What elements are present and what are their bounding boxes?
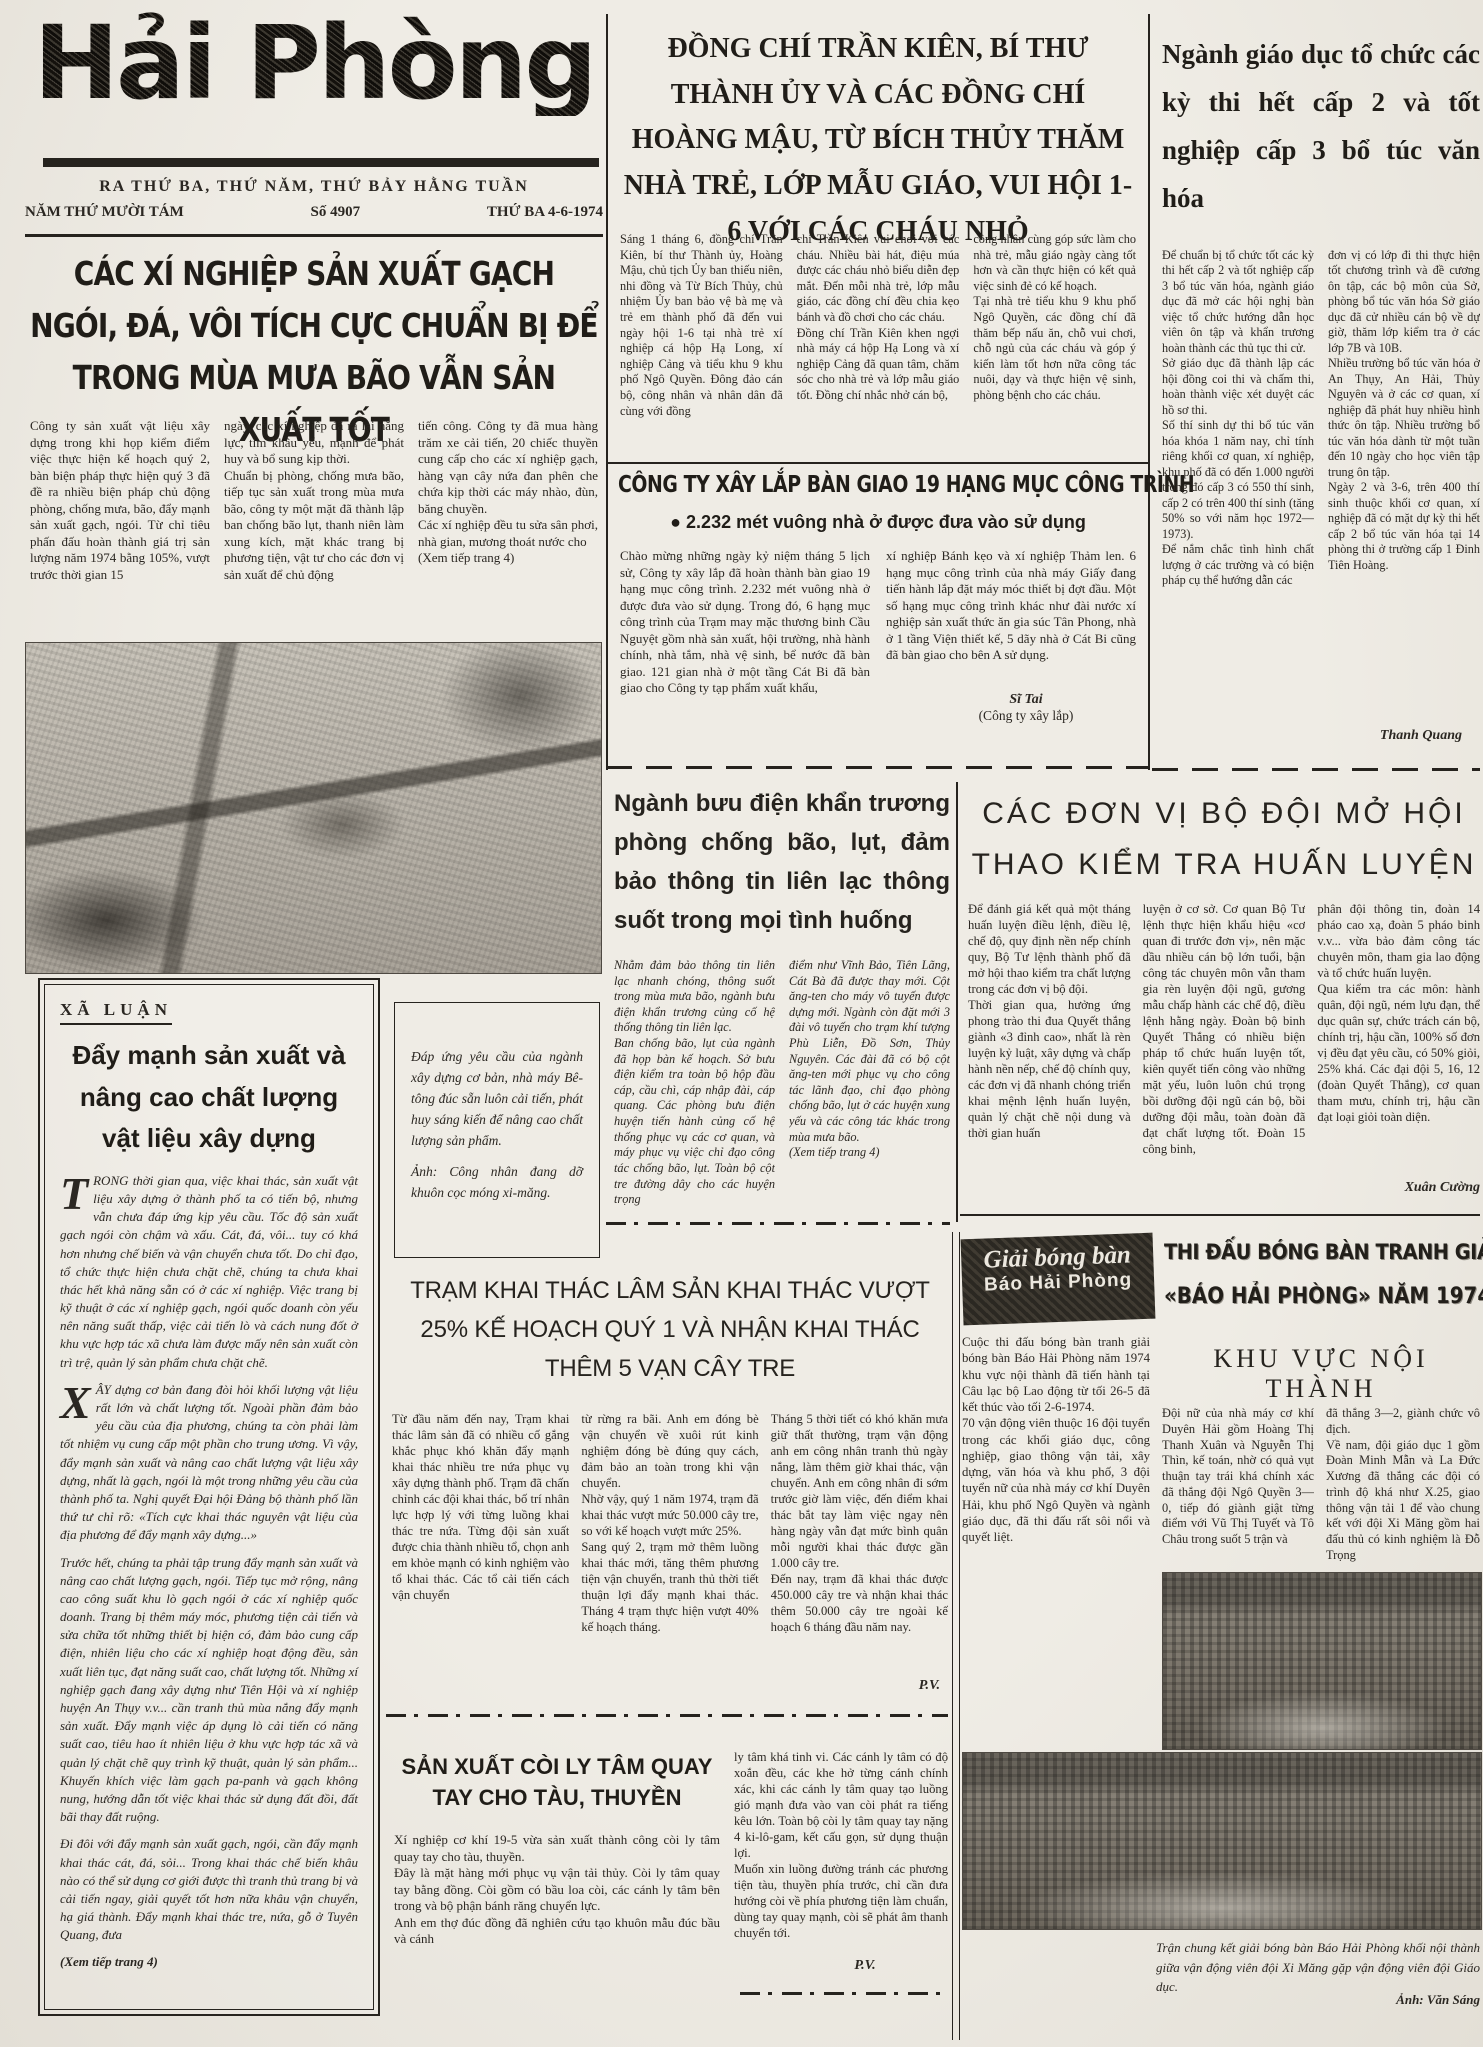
whistle-column-1: Xí nghiệp cơ khí 19-5 vừa sản xuất thành… bbox=[394, 1832, 720, 2042]
construction-byline: Sĩ Tai bbox=[920, 692, 1132, 708]
whistle-column-2: ly tâm khá tinh vi. Các cánh ly tâm có đ… bbox=[734, 1750, 948, 1956]
rule-under-visit bbox=[606, 462, 1150, 464]
photo-caption-credit: Ảnh: Công nhân đang dỡ khuôn cọc móng xi… bbox=[411, 1162, 583, 1204]
rule-under-masthead bbox=[25, 234, 603, 237]
army-headline: CÁC ĐƠN VỊ BỘ ĐỘI MỞ HỘI THAO KIỂM TRA H… bbox=[968, 788, 1480, 890]
editorial-dropcap-1: T bbox=[60, 1172, 93, 1213]
pingpong-photo-caption: Trận chung kết giải bóng bàn Báo Hải Phò… bbox=[1156, 1938, 1480, 1997]
pingpong-headline-3: KHU VỰC NỘI THÀNH bbox=[1162, 1344, 1480, 1404]
masthead-year: NĂM THỨ MƯỜI TÁM bbox=[25, 204, 184, 221]
whistle-byline: P.V. bbox=[790, 1958, 940, 1974]
pingpong-headline-1: THI ĐẤU BÓNG BÀN TRANH GIẢI bbox=[1164, 1240, 1482, 1264]
editorial-paragraph-4: Đi đôi với đẩy mạnh sản xuất gạch, ngói,… bbox=[60, 1835, 358, 1944]
army-column-1: Để đánh giá kết quả một tháng huấn luyện… bbox=[968, 902, 1131, 1178]
post-columns: Nhằm đảm bảo thông tin liên lạc nhanh ch… bbox=[614, 958, 950, 1226]
divider-post-army bbox=[956, 782, 958, 1222]
forestry-column-2: từ rừng ra bãi. Anh em đóng bè vận chuyể… bbox=[581, 1412, 758, 1674]
masthead-schedule: RA THỨ BA, THỨ NĂM, THỨ BẢY HẰNG TUẦN bbox=[25, 178, 603, 196]
masthead-title: Hải Phòng bbox=[25, 12, 603, 116]
rule-under-army bbox=[960, 1214, 1480, 1216]
dash-rule-under-education bbox=[1152, 768, 1480, 771]
photo-caption-box: Đáp ứng yêu cầu của ngành xây dựng cơ bả… bbox=[394, 1002, 600, 1258]
visit-columns: Sáng 1 tháng 6, đồng chí Trần Kiên, bí t… bbox=[620, 232, 1136, 458]
photo-caption-text: Đáp ứng yêu cầu của ngành xây dựng cơ bả… bbox=[411, 1047, 583, 1152]
forestry-byline: P.V. bbox=[780, 1678, 940, 1694]
pingpong-headline-2: «BÁO HẢI PHÒNG» NĂM 1974 bbox=[1164, 1284, 1483, 1309]
divider-center-right bbox=[1148, 14, 1150, 770]
construction-headline: CÔNG TY XÂY LẮP BÀN GIAO 19 HẠNG MỤC CÔN… bbox=[618, 472, 1140, 498]
masthead-rule bbox=[43, 158, 599, 167]
masthead: Hải Phòng RA THỨ BA, THỨ NĂM, THỨ BẢY HẰ… bbox=[25, 12, 603, 230]
masthead-issue-number: Số 4907 bbox=[311, 204, 361, 221]
lead-column-1: Công ty sản xuất vật liệu xây dựng trong… bbox=[30, 418, 210, 632]
construction-byline-org: (Công ty xây lắp) bbox=[920, 708, 1132, 724]
pingpong-photo-top bbox=[1162, 1572, 1482, 1750]
dash-rule-under-construction bbox=[606, 766, 1150, 769]
masthead-date: THỨ BA 4-6-1974 bbox=[487, 204, 603, 221]
construction-subhead: ● 2.232 mét vuông nhà ở được đưa vào sử … bbox=[620, 512, 1136, 533]
forestry-column-3: Tháng 5 thời tiết có khó khăn mưa giữ th… bbox=[771, 1412, 948, 1674]
lead-column-2: ngày, các xí nghiệp đã rà lại năng lực, … bbox=[224, 418, 404, 632]
pingpong-photo-bottom bbox=[962, 1752, 1482, 1930]
visit-column-2: chí Trần Kiên vui chơi với các cháu. Nhi… bbox=[797, 232, 960, 458]
construction-column-1: Chào mừng những ngày kỷ niệm tháng 5 lịc… bbox=[620, 548, 870, 728]
forestry-columns: Từ đầu năm đến nay, Trạm khai thác lâm s… bbox=[392, 1412, 948, 1674]
brickyard-photo bbox=[25, 642, 602, 974]
education-headline: Ngành giáo dục tổ chức các kỳ thi hết cấ… bbox=[1162, 30, 1480, 222]
editorial-paragraph-2: XÂY dựng cơ bản đang đòi hỏi khối lượng … bbox=[60, 1381, 358, 1545]
editorial-paragraph-2-text: ÂY dựng cơ bản đang đòi hỏi khối lượng v… bbox=[60, 1382, 358, 1543]
lead-column-3: tiến công. Công ty đã mua hàng trăm xe c… bbox=[418, 418, 598, 632]
visit-headline: ĐỒNG CHÍ TRẦN KIÊN, BÍ THƯ THÀNH ỦY VÀ C… bbox=[620, 26, 1136, 254]
lead-columns: Công ty sản xuất vật liệu xây dựng trong… bbox=[30, 418, 598, 632]
masthead-meta: NĂM THỨ MƯỜI TÁM Số 4907 THỨ BA 4-6-1974 bbox=[25, 204, 603, 221]
education-byline: Thanh Quang bbox=[1162, 728, 1462, 744]
education-column-1: Để chuẩn bị tổ chức tốt các kỳ thi hết c… bbox=[1162, 248, 1314, 722]
visit-column-3: công nhân cùng góp sức làm cho nhà trẻ, … bbox=[973, 232, 1136, 458]
divider-left-center bbox=[606, 14, 608, 770]
pingpong-column-1: Cuộc thi đấu bóng bàn tranh giải bóng bà… bbox=[962, 1334, 1150, 1746]
editorial-kicker: XÃ LUẬN bbox=[60, 1000, 172, 1025]
editorial-title: Đẩy mạnh sản xuất và nâng cao chất lượng… bbox=[60, 1035, 358, 1160]
editorial-continued-note: (Xem tiếp trang 4) bbox=[60, 1953, 358, 1971]
whistle-headline: SẢN XUẤT CÒI LY TÂM QUAY TAY CHO TÀU, TH… bbox=[394, 1752, 720, 1814]
post-column-1: Nhằm đảm bảo thông tin liên lạc nhanh ch… bbox=[614, 958, 775, 1226]
army-column-2: luyện ở cơ sở. Cơ quan Bộ Tư lệnh thực h… bbox=[1143, 902, 1306, 1178]
dashdot-rule-under-post bbox=[606, 1222, 950, 1225]
forestry-headline: TRẠM KHAI THÁC LÂM SẢN KHAI THÁC VƯỢT 25… bbox=[392, 1272, 948, 1389]
editorial-paragraph-1-text: RONG thời gian qua, việc khai thác, sản … bbox=[60, 1173, 358, 1370]
editorial-paragraph-3: Trước hết, chúng ta phải tập trung đẩy m… bbox=[60, 1554, 358, 1827]
newspaper-page: Hải Phòng RA THỨ BA, THỨ NĂM, THỨ BẢY HẰ… bbox=[0, 0, 1483, 2047]
pingpong-column-2: Đội nữ của nhà máy cơ khí Duyên Hải gồm … bbox=[1162, 1406, 1314, 1564]
editorial-paragraph-1: TRONG thời gian qua, việc khai thác, sản… bbox=[60, 1172, 358, 1372]
construction-signature: Sĩ Tai (Công ty xây lắp) bbox=[920, 692, 1132, 724]
divider-bottom-sections bbox=[952, 1232, 960, 2040]
dashdot-rule-above-whistle bbox=[386, 1714, 948, 1717]
post-column-2: điểm như Vĩnh Bảo, Tiên Lãng, Cát Bà đã … bbox=[789, 958, 950, 1226]
editorial-box: XÃ LUẬN Đẩy mạnh sản xuất và nâng cao ch… bbox=[38, 978, 380, 2016]
post-headline: Ngành bưu điện khẩn trương phòng chống b… bbox=[614, 784, 950, 940]
army-columns: Để đánh giá kết quả một tháng huấn luyện… bbox=[968, 902, 1480, 1178]
editorial-dropcap-2: X bbox=[60, 1381, 96, 1422]
forestry-column-1: Từ đầu năm đến nay, Trạm khai thác lâm s… bbox=[392, 1412, 569, 1674]
army-byline: Xuân Cường bbox=[1322, 1180, 1480, 1196]
education-column-2: đơn vị có lớp đi thi thực hiện tốt chươn… bbox=[1328, 248, 1480, 722]
pingpong-column-3: đã thắng 3—2, giành chức vô địch. Về nam… bbox=[1326, 1406, 1480, 1564]
army-column-3: phân đội thông tin, đoàn 14 pháo cao xạ,… bbox=[1317, 902, 1480, 1178]
dashdot-rule-whistle-end bbox=[740, 1992, 948, 1995]
pingpong-photo-credit: Ảnh: Văn Sáng bbox=[1156, 1990, 1480, 2010]
education-columns: Để chuẩn bị tổ chức tốt các kỳ thi hết c… bbox=[1162, 248, 1480, 722]
visit-column-1: Sáng 1 tháng 6, đồng chí Trần Kiên, bí t… bbox=[620, 232, 783, 458]
tournament-badge: Giải bóng bàn Báo Hải Phòng bbox=[961, 1233, 1156, 1326]
